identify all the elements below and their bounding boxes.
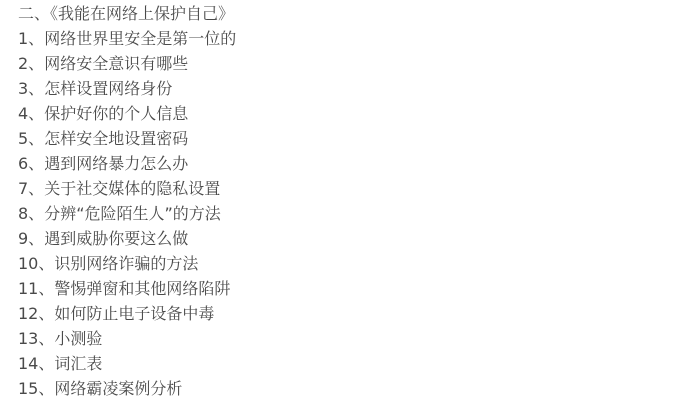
item-text: 遇到威胁你要这么做	[44, 229, 188, 248]
list-item: 11、警惕弹窗和其他网络陷阱	[18, 276, 236, 301]
item-text: 怎样设置网络身份	[44, 79, 172, 98]
list-item: 14、词汇表	[18, 351, 236, 376]
list-item: 1、网络世界里安全是第一位的	[18, 26, 236, 51]
item-number: 10、	[18, 254, 54, 273]
item-text: 词汇表	[54, 354, 102, 373]
item-number: 7、	[18, 179, 44, 198]
list-item: 10、识别网络诈骗的方法	[18, 251, 236, 276]
list-item: 15、网络霸凌案例分析	[18, 376, 236, 400]
item-number: 13、	[18, 329, 54, 348]
list-item: 9、遇到威胁你要这么做	[18, 226, 236, 251]
item-number: 14、	[18, 354, 54, 373]
item-text: 警惕弹窗和其他网络陷阱	[54, 279, 230, 298]
list-item: 4、保护好你的个人信息	[18, 101, 236, 126]
item-number: 3、	[18, 79, 44, 98]
item-number: 12、	[18, 304, 54, 323]
list-item: 8、分辨“危险陌生人”的方法	[18, 201, 236, 226]
item-number: 9、	[18, 229, 44, 248]
list-item: 12、如何防止电子设备中毒	[18, 301, 236, 326]
item-text: 如何防止电子设备中毒	[54, 304, 214, 323]
item-text: 保护好你的个人信息	[44, 104, 188, 123]
item-number: 1、	[18, 29, 44, 48]
item-text: 关于社交媒体的隐私设置	[44, 179, 220, 198]
list-item: 3、怎样设置网络身份	[18, 76, 236, 101]
item-number: 8、	[18, 204, 44, 223]
list-item: 2、网络安全意识有哪些	[18, 51, 236, 76]
item-text: 网络霸凌案例分析	[54, 379, 182, 398]
item-number: 15、	[18, 379, 54, 398]
item-number: 5、	[18, 129, 44, 148]
list-item: 6、遇到网络暴力怎么办	[18, 151, 236, 176]
item-text: 网络世界里安全是第一位的	[44, 29, 236, 48]
item-number: 4、	[18, 104, 44, 123]
section-title: 二、《我能在网络上保护自己》	[18, 1, 236, 26]
list-item: 7、关于社交媒体的隐私设置	[18, 176, 236, 201]
item-text: 识别网络诈骗的方法	[54, 254, 198, 273]
list-item: 13、小测验	[18, 326, 236, 351]
item-number: 11、	[18, 279, 54, 298]
item-text: 网络安全意识有哪些	[44, 54, 188, 73]
item-text: 怎样安全地设置密码	[44, 129, 188, 148]
item-number: 2、	[18, 54, 44, 73]
list-item: 5、怎样安全地设置密码	[18, 126, 236, 151]
item-number: 6、	[18, 154, 44, 173]
table-of-contents: 二、《我能在网络上保护自己》 1、网络世界里安全是第一位的 2、网络安全意识有哪…	[18, 1, 236, 400]
item-text: 遇到网络暴力怎么办	[44, 154, 188, 173]
item-text: 分辨“危险陌生人”的方法	[44, 204, 221, 223]
item-text: 小测验	[54, 329, 102, 348]
